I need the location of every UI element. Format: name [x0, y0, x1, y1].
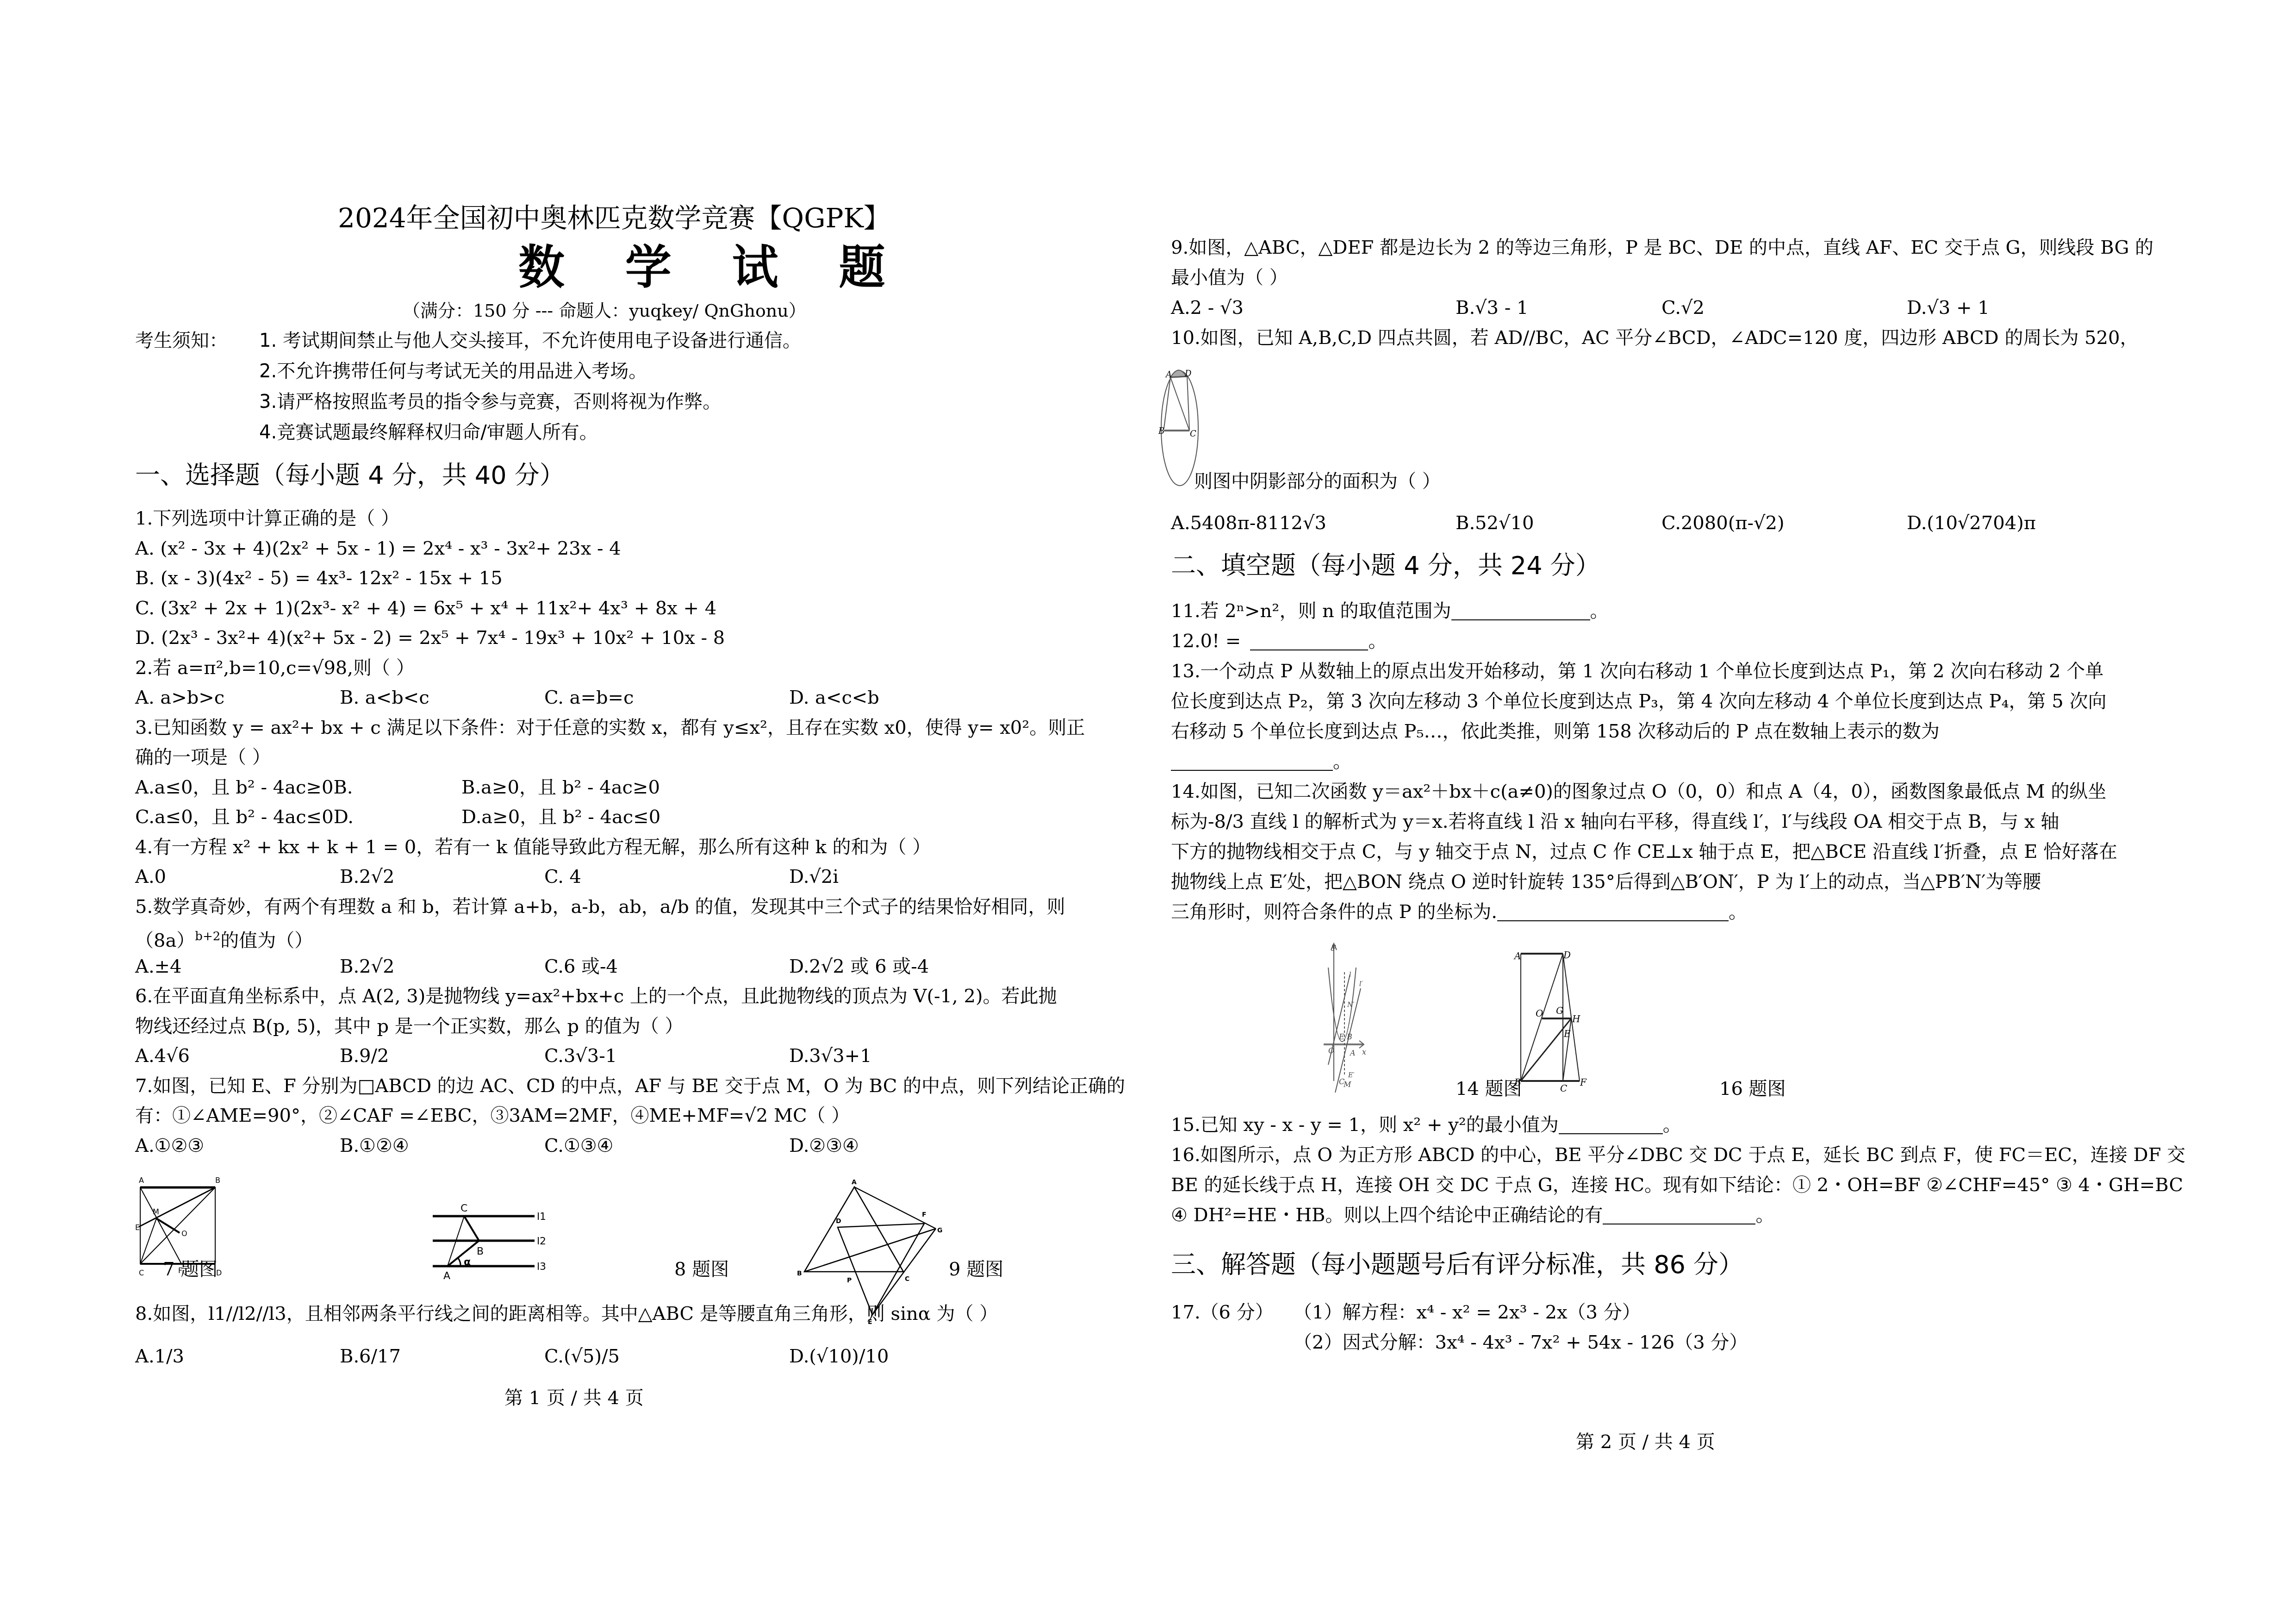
- question-12: 12.0! =。: [1171, 632, 1387, 650]
- label-g: G: [1556, 1005, 1563, 1016]
- option-d: D. a<c<b: [789, 688, 879, 707]
- option-b: B.2√2: [340, 957, 395, 976]
- question-stem: ④ DH²=HE・HB。则以上四个结论中正确结论的有: [1171, 1205, 1603, 1226]
- question-stem: 12.0! =: [1171, 631, 1241, 652]
- option-d: D. (2x³ - 3x²+ 4)(x²+ 5x - 2) = 2x⁵ + 7x…: [135, 629, 725, 647]
- question-stem: 15.已知 xy - x - y = 1，则 x² + y²的最小值为: [1171, 1114, 1559, 1136]
- page-footer-1: 第 1 页 / 共 4 页: [504, 1389, 644, 1407]
- question-stem-cont: （8a）b+2的值为（）: [135, 927, 313, 950]
- label-d: D: [1184, 369, 1192, 379]
- option-d: D.(√10)/10: [789, 1347, 889, 1366]
- label-y: y: [1331, 942, 1336, 951]
- label-e: E: [1338, 1032, 1344, 1041]
- label-o: O: [181, 1229, 187, 1238]
- label-g: G: [937, 1227, 943, 1234]
- period: 。: [1368, 631, 1387, 652]
- option-d: D.(10√2704)π: [1907, 514, 2036, 532]
- option-b: B.9/2: [340, 1047, 389, 1065]
- option-d: D.3√3+1: [789, 1047, 872, 1065]
- section-heading-solve: 三、解答题（每小题题号后有评分标准，共 86 分）: [1171, 1252, 1743, 1277]
- label-m: M: [153, 1207, 159, 1216]
- question-text-line: 13.一个动点 P 从数轴上的原点出发开始移动，第 1 次向右移动 1 个单位长…: [1171, 662, 2103, 681]
- question-stem: 三角形时，则符合条件的点 P 的坐标为.: [1171, 901, 1497, 923]
- competition-title: 2024年全国初中奥林匹克数学竞赛【QGPK】: [338, 205, 890, 231]
- option-a: A.①②③: [135, 1137, 204, 1155]
- question-stem: 10.如图，已知 A,B,C,D 四点共圆，若 AD//BC，AC 平分∠BCD…: [1171, 329, 2138, 347]
- option-d: D.√2i: [789, 868, 839, 886]
- label-l-prime: l′: [1359, 981, 1363, 988]
- expression-rest: 的值为（）: [220, 930, 313, 951]
- question-stem-cont: 物线还经过点 B(p, 5)，其中 p 是一个正实数，那么 p 的值为（ ）: [135, 1017, 684, 1036]
- option-c: C. 4: [544, 868, 581, 886]
- question-part-1: （1）解方程：x⁴ - x² = 2x³ - 2x（3 分）: [1294, 1303, 1641, 1322]
- option-b: B.6/17: [340, 1347, 401, 1366]
- question-text-line: 下方的抛物线相交于点 C，与 y 轴交于点 N，过点 C 作 CE⊥x 轴于点 …: [1171, 843, 2117, 861]
- label-o: O: [1536, 1008, 1543, 1019]
- answer-blank[interactable]: [1250, 635, 1368, 650]
- page-footer-2: 第 2 页 / 共 4 页: [1576, 1433, 1715, 1451]
- question-label: 17.（6 分）: [1171, 1303, 1274, 1322]
- label-b: B: [477, 1246, 484, 1257]
- figure-9-caption: 9 题图: [949, 1260, 1003, 1279]
- exponent: b+2: [195, 930, 220, 943]
- period: 。: [1333, 751, 1351, 772]
- question-text-line: ④ DH²=HE・HB。则以上四个结论中正确结论的有。: [1171, 1206, 1774, 1224]
- option-a: A.±4: [135, 957, 182, 976]
- option-a: A. (x² - 3x + 4)(2x² + 5x - 1) = 2x⁴ - x…: [135, 539, 621, 558]
- notice-item: 2.不允许携带任何与考试无关的用品进入考场。: [259, 362, 647, 381]
- label-e: E: [1563, 1028, 1571, 1039]
- notice-item: 1. 考试期间禁止与他人交头接耳，不允许使用电子设备进行通信。: [259, 331, 801, 350]
- question-stem: 4.有一方程 x² + kx + k + 1 = 0，若有一 k 值能导致此方程…: [135, 838, 931, 856]
- question-text-line: BE 的延长线于点 H，连接 OH 交 DC 于点 G，连接 HC。现有如下结论…: [1171, 1176, 2183, 1194]
- question-stem: 9.如图，△ABC，△DEF 都是边长为 2 的等边三角形，P 是 BC、DE …: [1171, 238, 2153, 257]
- option-b: B.a≥0，且 b² - 4ac≥0: [461, 778, 660, 797]
- label-a: A: [443, 1270, 450, 1282]
- label-f: F: [922, 1211, 927, 1218]
- question-text-line: 位长度到达点 P₂，第 3 次向左移动 3 个单位长度到达点 P₃，第 4 次向…: [1171, 692, 2106, 711]
- question-stem-cont: 确的一项是（ ）: [135, 748, 271, 767]
- question-text-line: 14.如图，已知二次函数 y＝ax²＋bx＋c(a≠0)的图象过点 O（0，0）…: [1171, 782, 2106, 801]
- question-stem: 11.若 2ⁿ>n²，则 n 的取值范围为: [1171, 600, 1451, 622]
- answer-blank[interactable]: [1603, 1209, 1755, 1224]
- notice-item: 4.竞赛试题最终解释权归命/审题人所有。: [259, 423, 598, 442]
- expression-base: （8a）: [135, 930, 195, 951]
- option-a: A.5408π-8112√3: [1171, 514, 1326, 532]
- question-15: 15.已知 xy - x - y = 1，则 x² + y²的最小值为。: [1171, 1116, 1681, 1134]
- figure-8-diagram: C B A α l1 l2 l3: [199, 1167, 616, 1287]
- question-text-line: 标为-8/3 直线 l 的解析式为 y＝x.若将直线 l 沿 x 轴向右平移，得…: [1171, 812, 2059, 831]
- period: 。: [1663, 1114, 1681, 1136]
- option-c: C. (3x² + 2x + 1)(2x³- x² + 4) = 6x⁵ + x…: [135, 599, 716, 618]
- option-b: B.2√2: [340, 868, 395, 886]
- label-c: C: [460, 1203, 467, 1214]
- label-e-prime: E′: [1348, 1072, 1355, 1079]
- exam-title: 数 学 试 题: [518, 244, 907, 291]
- exam-subtitle: （满分：150 分 --- 命题人：yuqkey/ QnGhonu）: [403, 302, 806, 319]
- question-part-2: （2）因式分解：3x⁴ - 4x³ - 7x² + 54x - 126（3 分）: [1294, 1333, 1748, 1352]
- label-alpha: α: [464, 1256, 471, 1268]
- option-c: C.6 或-4: [544, 957, 618, 976]
- option-c: C.a≤0，且 b² - 4ac≤0D.: [135, 808, 354, 826]
- period: 。: [1755, 1205, 1774, 1226]
- label-l: l: [1349, 971, 1351, 979]
- option-b: B.①②④: [340, 1137, 409, 1155]
- answer-blank[interactable]: [1497, 906, 1729, 921]
- option-b: B. (x - 3)(4x² - 5) = 4x³- 12x² - 15x + …: [135, 569, 503, 587]
- option-d: D.②③④: [789, 1137, 859, 1155]
- option-a: A.4√6: [135, 1047, 190, 1065]
- question-stem: 6.在平面直角坐标系中，点 A(2, 3)是抛物线 y=ax²+bx+c 上的一…: [135, 987, 1057, 1006]
- label-a: A: [1349, 1049, 1356, 1057]
- section-heading-choice: 一、选择题（每小题 4 分，共 40 分）: [135, 463, 565, 488]
- question-11: 11.若 2ⁿ>n²，则 n 的取值范围为。: [1171, 602, 1609, 620]
- figure-8-caption: 8 题图: [674, 1260, 729, 1279]
- question-text-line: 16.如图所示，点 O 为正方形 ABCD 的中心，BE 平分∠DBC 交 DC…: [1171, 1146, 2185, 1164]
- question-text-line: 三角形时，则符合条件的点 P 的坐标为.。: [1171, 903, 1747, 921]
- option-a: A.1/3: [135, 1347, 184, 1366]
- figure-10-diagram: A D B C: [1159, 363, 1201, 488]
- option-d: D.√3 + 1: [1907, 299, 1990, 317]
- label-f: F: [1580, 1077, 1587, 1088]
- label-c: C: [905, 1275, 909, 1283]
- option-b: B. a<b<c: [340, 688, 429, 707]
- option-d: D.2√2 或 6 或-4: [789, 957, 929, 976]
- label-a: A: [852, 1179, 857, 1186]
- option-c: C.2080(π-√2): [1661, 514, 1785, 532]
- option-c: C.①③④: [544, 1137, 613, 1155]
- period: 。: [1590, 600, 1609, 622]
- section-heading-fill: 二、填空题（每小题 4 分，共 24 分）: [1171, 553, 1600, 578]
- question-stem: 5.数学真奇妙，有两个有理数 a 和 b，若计算 a+b，a-b，ab，a/b …: [135, 898, 1065, 916]
- question-stem: 7.如图，已知 E、F 分别为□ABCD 的边 AC、CD 的中点，AF 与 B…: [135, 1077, 1125, 1095]
- period: 。: [1729, 901, 1747, 923]
- label-a: A: [1165, 370, 1172, 380]
- label-a: A: [1513, 950, 1521, 962]
- option-a: A.2 - √3: [1171, 299, 1244, 317]
- question-stem-cont: 有：①∠AME=90°，②∠CAF =∠EBC，③3AM=2MF，④ME+MF=…: [135, 1106, 850, 1125]
- option-a: A.a≤0，且 b² - 4ac≥0B.: [135, 778, 353, 797]
- label-o: O: [1328, 1046, 1334, 1055]
- answer-blank[interactable]: [1451, 605, 1590, 620]
- label-c: C: [139, 1268, 144, 1277]
- label-d: D: [836, 1218, 841, 1225]
- option-a: A. a>b>c: [135, 688, 224, 707]
- label-b: B: [797, 1270, 802, 1277]
- question-stem-cont: 最小值为（ ）: [1171, 269, 1288, 287]
- option-c: C.(√5)/5: [544, 1347, 620, 1366]
- question-text-line: 抛物线上点 E′处，把△BON 绕点 O 逆时针旋转 135°后得到△B′ON′…: [1171, 873, 2041, 891]
- figure-9-diagram: A F D G B P C E: [787, 1167, 953, 1315]
- option-c: C.3√3-1: [544, 1047, 617, 1065]
- label-e: E: [135, 1223, 140, 1232]
- question-stem: 8.如图，l1//l2//l3，且相邻两条平行线之间的距离相等。其中△ABC 是…: [135, 1305, 998, 1323]
- question-stem: 2.若 a=π²,b=10,c=√98,则（ ）: [135, 659, 415, 677]
- option-c: C.√2: [1661, 299, 1705, 317]
- option-a: A.0: [135, 868, 166, 886]
- label-m: M: [1343, 1080, 1351, 1089]
- label-l2: l2: [537, 1236, 546, 1247]
- label-h: H: [1572, 1013, 1580, 1024]
- figure-16-diagram: A D O G H E B C F: [1439, 940, 1648, 1093]
- label-d: D: [1563, 949, 1571, 961]
- answer-blank[interactable]: [1171, 755, 1333, 771]
- label-c: C: [1190, 429, 1196, 439]
- label-p: P: [847, 1277, 852, 1284]
- figure-16-caption: 16 题图: [1719, 1080, 1786, 1098]
- option-c: C. a=b=c: [544, 688, 634, 707]
- label-n-prime: N′: [1347, 1001, 1355, 1009]
- option-d: D.a≥0，且 b² - 4ac≤0: [461, 808, 660, 826]
- question-stem: 1.下列选项中计算正确的是（ ）: [135, 509, 399, 528]
- notice-item: 3.请严格按照监考员的指令参与竞赛，否则将视为作弊。: [259, 393, 721, 411]
- label-b: B: [1346, 1032, 1352, 1041]
- label-x: x: [1362, 1048, 1366, 1056]
- option-b: B.52√10: [1456, 514, 1534, 532]
- label-b: B: [1158, 426, 1164, 436]
- answer-line: 。: [1171, 752, 1351, 771]
- question-text-line: 右移动 5 个单位长度到达点 P₅…，依此类推，则第 158 次移动后的 P 点…: [1171, 722, 1940, 741]
- answer-blank[interactable]: [1559, 1118, 1663, 1134]
- label-a: A: [139, 1176, 144, 1185]
- question-stem: 3.已知函数 y = ax²+ bx + c 满足以下条件：对于任意的实数 x，…: [135, 718, 1085, 737]
- notice-label: 考生须知：: [135, 331, 228, 350]
- question-stem-cont: 则图中阴影部分的面积为（ ）: [1194, 472, 1441, 491]
- label-b: B: [1514, 1077, 1521, 1088]
- label-l1: l1: [537, 1211, 546, 1223]
- label-c: C: [1560, 1083, 1567, 1094]
- label-l3: l3: [537, 1261, 546, 1273]
- option-b: B.√3 - 1: [1456, 299, 1528, 317]
